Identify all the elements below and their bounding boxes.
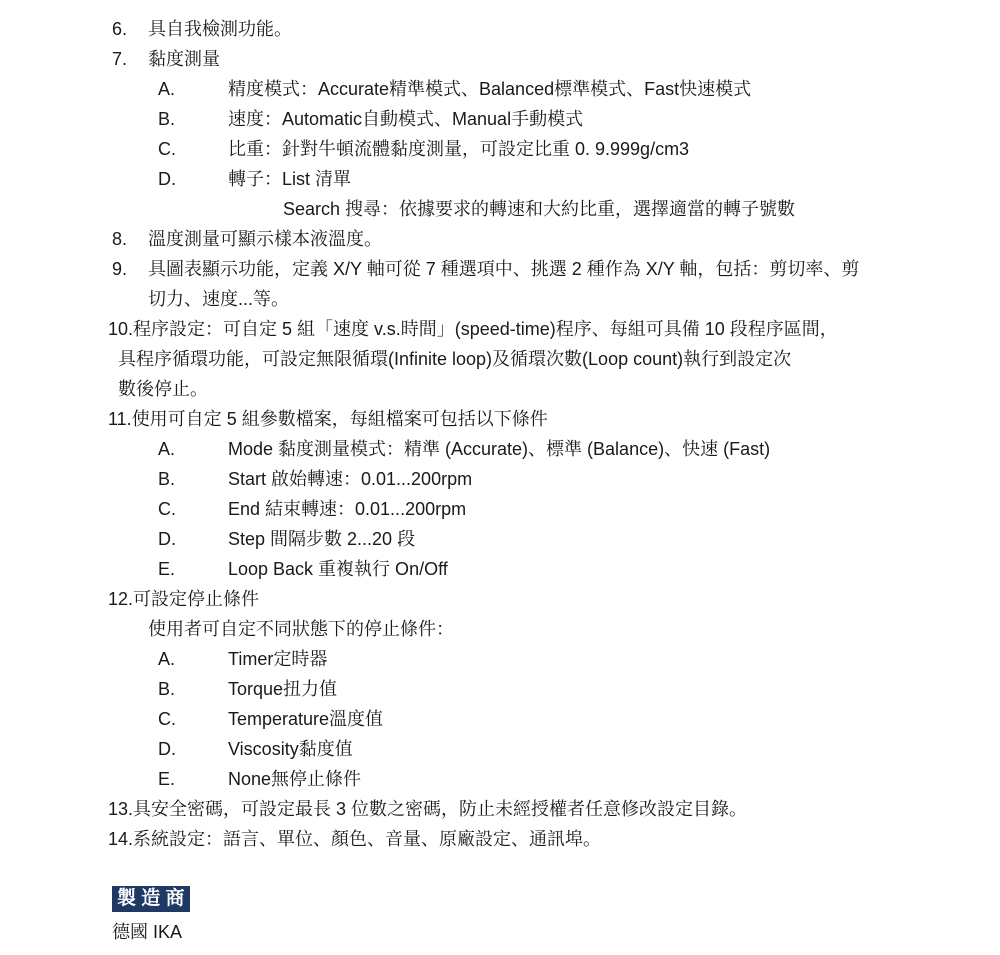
manufacturer-section: 製 造 商 德國 IKA (0, 886, 1000, 947)
sub-item-7b: B.速度：Automatic自動模式、Manual手動模式 (0, 104, 1000, 134)
item-text: 使用可自定 5 組參數檔案，每組檔案可包括以下條件 (132, 409, 548, 429)
spec-list: 6.具自我檢測功能。 7.黏度測量 A.精度模式：Accurate精準模式、Ba… (0, 0, 1000, 947)
item-text: 程序設定：可自定 5 組「速度 v.s.時間」(speed-time)程序、每組… (118, 319, 838, 399)
list-item-7: 7.黏度測量 (0, 44, 1000, 74)
sub-item-letter: B. (158, 464, 228, 494)
sub-item-7d: D.轉子：List 清單 (0, 164, 1000, 194)
item-text: 具安全密碼，可設定最長 3 位數之密碼，防止未經授權者任意修改設定目錄。 (133, 799, 747, 819)
list-item-10: 10.程序設定：可自定 5 組「速度 v.s.時間」(speed-time)程序… (0, 314, 1000, 404)
item-number: 14. (108, 829, 133, 849)
sub-item-12e: E.None無停止條件 (0, 764, 1000, 794)
sub-item-letter: C. (158, 704, 228, 734)
item-number: 10. (108, 319, 133, 339)
item-number: 9. (112, 254, 148, 284)
sub-item-11b: B.Start 啟始轉速：0.01...200rpm (0, 464, 1000, 494)
sub-item-11e: E.Loop Back 重複執行 On/Off (0, 554, 1000, 584)
item-text: 具自我檢測功能。 (148, 19, 292, 39)
sub-item-text: Temperature溫度值 (228, 709, 383, 729)
sub-item-letter: E. (158, 554, 228, 584)
sub-item-text: 轉子：List 清單 (228, 169, 351, 189)
list-item-14: 14.系統設定：語言、單位、顏色、音量、原廠設定、通訊埠。 (0, 824, 1000, 854)
sub-item-text: 精度模式：Accurate精準模式、Balanced標準模式、Fast快速模式 (228, 79, 751, 99)
sub-item-12d: D.Viscosity黏度值 (0, 734, 1000, 764)
sub-item-text: Torque扭力值 (228, 679, 337, 699)
item-number: 7. (112, 44, 148, 74)
sub-item-letter: A. (158, 434, 228, 464)
list-item-6: 6.具自我檢測功能。 (0, 14, 1000, 44)
sub-item-text: End 結束轉速：0.01...200rpm (228, 499, 466, 519)
sub-item-11c: C.End 結束轉速：0.01...200rpm (0, 494, 1000, 524)
item-text: 可設定停止條件 (133, 589, 259, 609)
item-number: 11. (108, 409, 132, 429)
list-item-13: 13.具安全密碼，可設定最長 3 位數之密碼，防止未經授權者任意修改設定目錄。 (0, 794, 1000, 824)
sub-item-letter: C. (158, 134, 228, 164)
sub-item-letter: A. (158, 644, 228, 674)
note-line: 使用者可自定不同狀態下的停止條件： (0, 614, 1000, 644)
sub-item-letter: D. (158, 524, 228, 554)
item-number: 13. (108, 799, 133, 819)
list-item-8: 8.溫度測量可顯示樣本液溫度。 (0, 224, 1000, 254)
sub-item-text: Viscosity黏度值 (228, 739, 353, 759)
manufacturer-name: 德國 IKA (112, 917, 1000, 947)
sub-item-text: Loop Back 重複執行 On/Off (228, 559, 448, 579)
sub-item-12a: A.Timer定時器 (0, 644, 1000, 674)
sub-item-letter: C. (158, 494, 228, 524)
sub-item-letter: B. (158, 104, 228, 134)
sub-item-11d: D.Step 間隔步數 2...20 段 (0, 524, 1000, 554)
sub-item-12b: B.Torque扭力值 (0, 674, 1000, 704)
sub-item-letter: B. (158, 674, 228, 704)
sub-item-text: 速度：Automatic自動模式、Manual手動模式 (228, 109, 583, 129)
item-number: 8. (112, 224, 148, 254)
sub-item-11a: A.Mode 黏度測量模式：精準 (Accurate)、標準 (Balance)… (0, 434, 1000, 464)
continuation-line: Search 搜尋：依據要求的轉速和大約比重，選擇適當的轉子號數 (0, 194, 1000, 224)
item-text: 系統設定：語言、單位、顏色、音量、原廠設定、通訊埠。 (133, 829, 601, 849)
item-number: 6. (112, 14, 148, 44)
item-text: 溫度測量可顯示樣本液溫度。 (148, 229, 382, 249)
document-page: { "page": { "background": "#ffffff", "te… (0, 0, 1000, 955)
sub-item-text: Step 間隔步數 2...20 段 (228, 529, 415, 549)
item-text: 黏度測量 (148, 49, 220, 69)
sub-item-text: None無停止條件 (228, 769, 361, 789)
manufacturer-heading: 製 造 商 (112, 886, 190, 912)
sub-item-letter: D. (158, 164, 228, 194)
sub-item-letter: A. (158, 74, 228, 104)
sub-item-letter: E. (158, 764, 228, 794)
sub-item-7a: A.精度模式：Accurate精準模式、Balanced標準模式、Fast快速模… (0, 74, 1000, 104)
sub-item-letter: D. (158, 734, 228, 764)
list-item-12: 12.可設定停止條件 (0, 584, 1000, 614)
sub-item-7c: C.比重：針對牛頓流體黏度測量，可設定比重 0. 9.999g/cm3 (0, 134, 1000, 164)
list-item-11: 11.使用可自定 5 組參數檔案，每組檔案可包括以下條件 (0, 404, 1000, 434)
list-item-9: 9.具圖表顯示功能，定義 X/Y 軸可從 7 種選項中、挑選 2 種作為 X/Y… (0, 254, 1000, 314)
sub-item-12c: C.Temperature溫度值 (0, 704, 1000, 734)
item-text: 具圖表顯示功能，定義 X/Y 軸可從 7 種選項中、挑選 2 種作為 X/Y 軸… (148, 259, 859, 309)
sub-item-text: Start 啟始轉速：0.01...200rpm (228, 469, 472, 489)
item-number: 12. (108, 589, 133, 609)
sub-item-text: Timer定時器 (228, 649, 327, 669)
sub-item-text: 比重：針對牛頓流體黏度測量，可設定比重 0. 9.999g/cm3 (228, 139, 689, 159)
sub-item-text: Mode 黏度測量模式：精準 (Accurate)、標準 (Balance)、快… (228, 439, 770, 459)
